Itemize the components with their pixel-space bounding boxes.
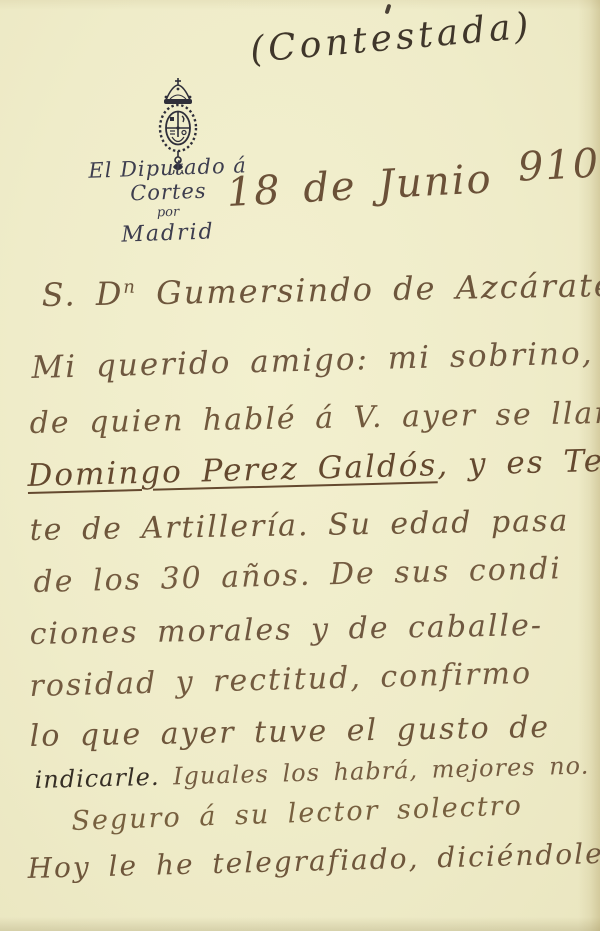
letter-line-1: Mi querido amigo: mi sobrino, bbox=[31, 335, 594, 386]
underlined-name: Domingo Perez Galdós bbox=[27, 447, 438, 494]
letter-page: (Contestada) El Diputado á Cortes por bbox=[0, 0, 600, 931]
letter-line-5: de los 30 años. De sus condi bbox=[33, 551, 562, 600]
letter-line-11: Hoy le he telegrafiado, diciéndole bbox=[27, 837, 600, 885]
letter-line-10: Seguro á su lector solectro bbox=[71, 790, 523, 837]
salutation-superscript: n bbox=[123, 277, 137, 298]
letter-line-8: lo que ayer tuve el gusto de bbox=[29, 710, 550, 754]
letter-line-2: de quien hablé á V. ayer se llama bbox=[29, 395, 600, 441]
letter-line-9-dark: indicarle. bbox=[34, 763, 160, 794]
letter-line-6: ciones morales y de caballe- bbox=[29, 608, 543, 652]
letter-line-3-rest: , y es Tenien bbox=[437, 441, 600, 483]
annotation-contestada: (Contestada) bbox=[248, 5, 534, 71]
salutation: S. Dn Gumersindo de Azcárate. bbox=[41, 266, 600, 314]
letter-line-7: rosidad y rectitud, confirmo bbox=[29, 656, 532, 704]
salutation-name: Gumersindo de Azcárate. bbox=[137, 266, 600, 313]
letter-line-3: Domingo Perez Galdós, y es Tenien bbox=[27, 441, 600, 494]
letter-line-9-rest: Iguales los habrá, mejores no. bbox=[159, 751, 589, 790]
letter-line-9: indicarle. Iguales los habrá, mejores no… bbox=[34, 751, 589, 794]
ink-speck bbox=[385, 4, 392, 15]
date-year: 910 bbox=[517, 140, 600, 190]
letter-line-4: te de Artillería. Su edad pasa bbox=[29, 504, 569, 548]
salutation-prefix: S. D bbox=[41, 275, 123, 314]
date-line: 18 de Junio910 bbox=[226, 150, 600, 216]
